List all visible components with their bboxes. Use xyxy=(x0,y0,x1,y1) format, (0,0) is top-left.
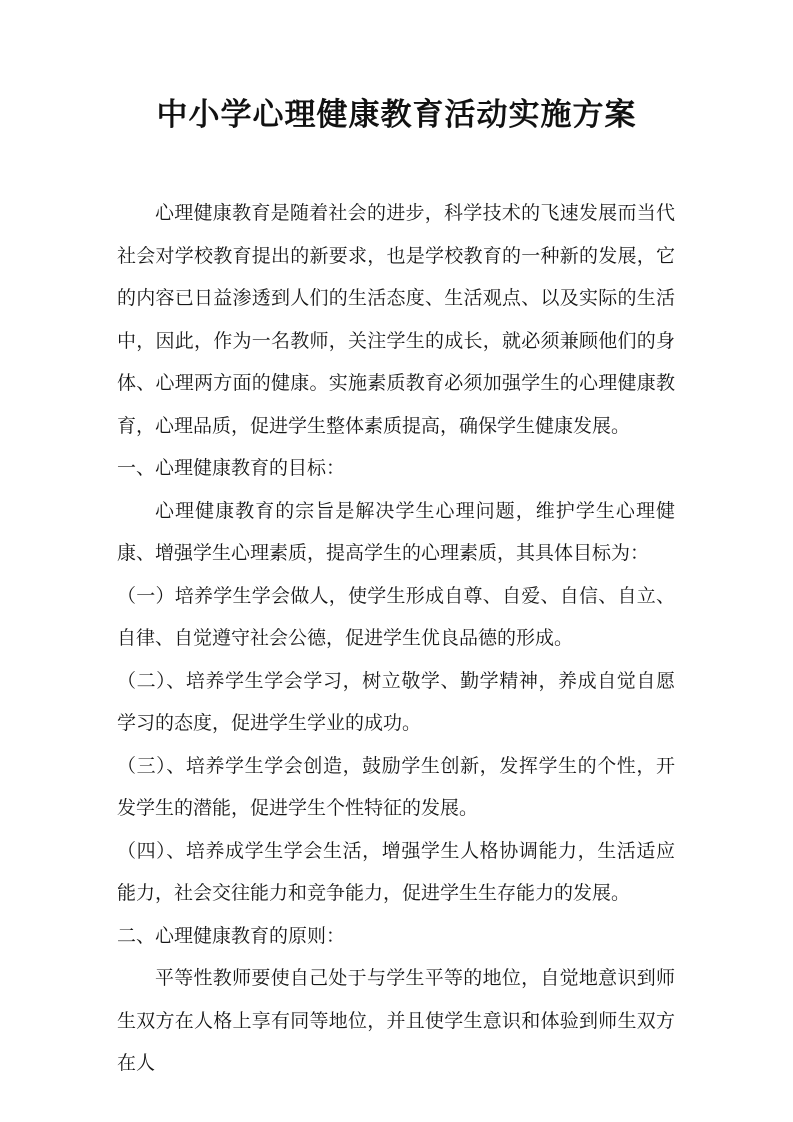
paragraph-goal-4: （四）、培养成学生学会生活，增强学生人格协调能力，生活适应能力，社会交往能力和竞… xyxy=(117,831,675,916)
document-body: 心理健康教育是随着社会的进步，科学技术的飞速发展而当代社会对学校教育提出的新要求… xyxy=(117,193,675,1086)
paragraph-goal-2: （二）、培养学生学会学习，树立敬学、勤学精神，养成自觉自愿学习的态度，促进学生学… xyxy=(117,661,675,746)
paragraph-intro: 心理健康教育是随着社会的进步，科学技术的飞速发展而当代社会对学校教育提出的新要求… xyxy=(117,193,675,448)
paragraph-principles-intro: 平等性教师要使自己处于与学生平等的地位，自觉地意识到师生双方在人格上享有同等地位… xyxy=(117,958,675,1086)
document-title: 中小学心理健康教育活动实施方案 xyxy=(0,0,793,134)
document-page: 中小学心理健康教育活动实施方案 心理健康教育是随着社会的进步，科学技术的飞速发展… xyxy=(0,0,793,1122)
paragraph-goal-1: （一）培养学生学会做人，使学生形成自尊、自爱、自信、自立、自律、自觉遵守社会公德… xyxy=(117,576,675,661)
paragraph-goal-3: （三）、培养学生学会创造，鼓励学生创新，发挥学生的个性，开发学生的潜能，促进学生… xyxy=(117,746,675,831)
heading-section-1: 一、心理健康教育的目标： xyxy=(117,448,675,491)
heading-section-2: 二、心理健康教育的原则： xyxy=(117,916,675,959)
paragraph-goals-intro: 心理健康教育的宗旨是解决学生心理问题，维护学生心理健康、增强学生心理素质，提高学… xyxy=(117,491,675,576)
